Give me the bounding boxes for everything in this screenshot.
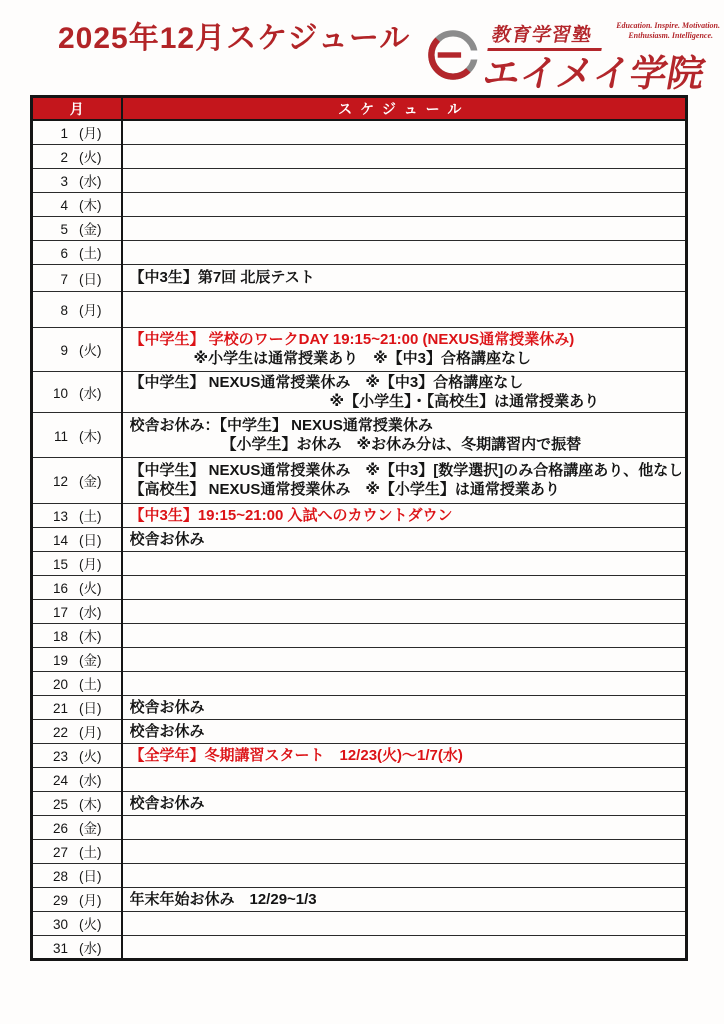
day-cell: 11(木) <box>32 412 122 457</box>
weekday-label: (火) <box>79 749 102 764</box>
schedule-cell <box>122 240 687 264</box>
day-cell: 3(水) <box>32 168 122 192</box>
table-row: 26(金) <box>32 815 687 839</box>
schedule-entry: 校舎お休み <box>130 698 682 717</box>
table-row: 10(水) 【中学生】 NEXUS通常授業休み ※【中3】合格講座なし※【小学生… <box>32 371 687 412</box>
table-row: 29(月) 年末年始お休み 12/29~1/3 <box>32 887 687 911</box>
day-number: 27 <box>48 845 68 860</box>
weekday-label: (水) <box>79 605 102 620</box>
day-number: 26 <box>48 821 68 836</box>
day-cell: 19(金) <box>32 647 122 671</box>
day-cell: 8(月) <box>32 291 122 327</box>
weekday-label: (月) <box>79 303 102 318</box>
day-cell: 24(水) <box>32 767 122 791</box>
schedule-entry: 【中学生】 学校のワークDAY 19:15~21:00 (NEXUS通常授業休み… <box>130 330 682 349</box>
schedule-cell: 年末年始お休み 12/29~1/3 <box>122 887 687 911</box>
table-row: 24(水) <box>32 767 687 791</box>
weekday-label: (日) <box>79 869 102 884</box>
day-number: 25 <box>48 797 68 812</box>
schedule-cell: 校舎お休み：【中学生】 NEXUS通常授業休み【小学生】お休み ※お休み分は、冬… <box>122 412 687 457</box>
eimei-circle-logo-icon <box>426 28 480 82</box>
schedule-cell <box>122 935 687 959</box>
schedule-cell <box>122 575 687 599</box>
weekday-label: (火) <box>79 343 102 358</box>
table-row: 19(金) <box>32 647 687 671</box>
schedule-entry: 校舎お休み：【中学生】 NEXUS通常授業休み <box>130 416 682 435</box>
day-cell: 27(土) <box>32 839 122 863</box>
day-cell: 2(火) <box>32 144 122 168</box>
schedule-entry: 【中学生】 NEXUS通常授業休み ※【中3】合格講座なし <box>130 373 682 392</box>
weekday-label: (水) <box>79 941 102 956</box>
weekday-label: (日) <box>79 701 102 716</box>
day-cell: 12(金) <box>32 457 122 503</box>
schedule-entry: 年末年始お休み 12/29~1/3 <box>130 890 682 909</box>
schedule-entry: 【中3生】19:15~21:00 入試へのカウントダウン <box>130 506 682 525</box>
table-row: 18(木) <box>32 623 687 647</box>
table-row: 20(土) <box>32 671 687 695</box>
schedule-entry: 校舎お休み <box>130 722 682 741</box>
day-number: 2 <box>48 150 68 165</box>
day-number: 16 <box>48 581 68 596</box>
table-row: 21(日) 校舎お休み <box>32 695 687 719</box>
day-cell: 14(日) <box>32 527 122 551</box>
day-cell: 25(木) <box>32 791 122 815</box>
day-cell: 5(金) <box>32 216 122 240</box>
weekday-label: (土) <box>79 509 102 524</box>
day-cell: 22(月) <box>32 719 122 743</box>
table-row: 22(月) 校舎お休み <box>32 719 687 743</box>
weekday-label: (日) <box>79 533 102 548</box>
day-cell: 9(火) <box>32 327 122 371</box>
table-row: 23(火) 【全学年】冬期講習スタート 12/23(火)～1/7(水) <box>32 743 687 767</box>
table-row: 27(土) <box>32 839 687 863</box>
schedule-cell: 【中学生】 学校のワークDAY 19:15~21:00 (NEXUS通常授業休み… <box>122 327 687 371</box>
day-number: 11 <box>48 429 68 444</box>
table-row: 30(火) <box>32 911 687 935</box>
day-cell: 13(土) <box>32 503 122 527</box>
weekday-label: (木) <box>79 198 102 213</box>
weekday-label: (日) <box>79 272 102 287</box>
schedule-entry: ※【小学生】・【高校生】は通常授業あり <box>130 392 682 411</box>
schedule-cell <box>122 623 687 647</box>
day-cell: 18(木) <box>32 623 122 647</box>
day-cell: 17(水) <box>32 599 122 623</box>
table-row: 2(火) <box>32 144 687 168</box>
table-row: 7(日) 【中3生】第7回 北辰テスト <box>32 264 687 291</box>
weekday-label: (水) <box>79 174 102 189</box>
table-row: 25(木) 校舎お休み <box>32 791 687 815</box>
day-cell: 10(水) <box>32 371 122 412</box>
schedule-cell <box>122 767 687 791</box>
day-cell: 26(金) <box>32 815 122 839</box>
day-cell: 15(月) <box>32 551 122 575</box>
day-cell: 30(火) <box>32 911 122 935</box>
table-row: 9(火) 【中学生】 学校のワークDAY 19:15~21:00 (NEXUS通… <box>32 327 687 371</box>
day-cell: 7(日) <box>32 264 122 291</box>
weekday-label: (金) <box>79 474 102 489</box>
weekday-label: (金) <box>79 222 102 237</box>
weekday-label: (土) <box>79 677 102 692</box>
day-number: 12 <box>48 474 68 489</box>
table-row: 17(水) <box>32 599 687 623</box>
schedule-page: 2025年12月スケジュール 教育学習塾 Education. Inspire.… <box>0 0 724 1024</box>
day-number: 19 <box>48 653 68 668</box>
schedule-cell: 校舎お休み <box>122 791 687 815</box>
schedule-cell <box>122 815 687 839</box>
day-cell: 16(火) <box>32 575 122 599</box>
schedule-cell <box>122 599 687 623</box>
weekday-label: (水) <box>79 773 102 788</box>
day-number: 17 <box>48 605 68 620</box>
schedule-column-header: スケジュール <box>122 97 687 121</box>
table-row: 4(木) <box>32 192 687 216</box>
table-row: 1(月) <box>32 120 687 144</box>
day-number: 13 <box>48 509 68 524</box>
day-cell: 23(火) <box>32 743 122 767</box>
day-number: 14 <box>48 533 68 548</box>
weekday-label: (木) <box>79 629 102 644</box>
schedule-table: 月 スケジュール 1(月) 2(火) 3(水) 4(木) 5(金) 6(土) 7… <box>30 95 688 961</box>
day-number: 20 <box>48 677 68 692</box>
schedule-cell <box>122 120 687 144</box>
schedule-entry: 校舎お休み <box>130 794 682 813</box>
logo-school-name: エイメイ学院 <box>479 43 709 97</box>
schedule-cell <box>122 216 687 240</box>
day-number: 29 <box>48 893 68 908</box>
weekday-label: (月) <box>79 126 102 141</box>
table-row: 31(水) <box>32 935 687 959</box>
day-number: 8 <box>48 303 68 318</box>
table-row: 8(月) <box>32 291 687 327</box>
schedule-cell <box>122 551 687 575</box>
schedule-entry: 【全学年】冬期講習スタート 12/23(火)～1/7(水) <box>130 746 682 765</box>
day-cell: 1(月) <box>32 120 122 144</box>
weekday-label: (木) <box>79 429 102 444</box>
day-number: 4 <box>48 198 68 213</box>
schedule-cell: 【中3生】19:15~21:00 入試へのカウントダウン <box>122 503 687 527</box>
schedule-cell <box>122 291 687 327</box>
table-row: 5(金) <box>32 216 687 240</box>
day-number: 23 <box>48 749 68 764</box>
logo-motto-line1: Education. Inspire. Motivation. <box>616 21 720 31</box>
day-number: 9 <box>48 343 68 358</box>
schedule-cell: 【中学生】 NEXUS通常授業休み ※【中3】[数学選択]のみ合格講座あり、他な… <box>122 457 687 503</box>
weekday-label: (水) <box>79 386 102 401</box>
day-cell: 28(日) <box>32 863 122 887</box>
day-number: 3 <box>48 174 68 189</box>
day-cell: 31(水) <box>32 935 122 959</box>
schedule-cell <box>122 168 687 192</box>
day-cell: 6(土) <box>32 240 122 264</box>
day-cell: 4(木) <box>32 192 122 216</box>
logo-motto: Education. Inspire. Motivation. Enthusia… <box>616 21 720 41</box>
page-title: 2025年12月スケジュール <box>58 22 440 56</box>
day-number: 5 <box>48 222 68 237</box>
weekday-label: (土) <box>79 845 102 860</box>
weekday-label: (金) <box>79 653 102 668</box>
day-column-header: 月 <box>32 97 122 121</box>
day-number: 15 <box>48 557 68 572</box>
weekday-label: (土) <box>79 246 102 261</box>
logo-motto-line2: Enthusiasm. Intelligence. <box>616 31 720 41</box>
schedule-cell: 校舎お休み <box>122 719 687 743</box>
schedule-entry: ※小学生は通常授業あり ※【中3】合格講座なし <box>130 349 682 368</box>
table-row: 14(日) 校舎お休み <box>32 527 687 551</box>
weekday-label: (金) <box>79 821 102 836</box>
weekday-label: (月) <box>79 893 102 908</box>
schedule-cell <box>122 839 687 863</box>
weekday-label: (火) <box>79 150 102 165</box>
schedule-entry: 【小学生】お休み ※お休み分は、冬期講習内で振替 <box>130 435 682 454</box>
weekday-label: (月) <box>79 557 102 572</box>
schedule-cell <box>122 911 687 935</box>
schedule-entry: 校舎お休み <box>130 530 682 549</box>
day-number: 7 <box>48 272 68 287</box>
schedule-cell <box>122 647 687 671</box>
table-row: 13(土) 【中3生】19:15~21:00 入試へのカウントダウン <box>32 503 687 527</box>
schedule-cell <box>122 863 687 887</box>
day-cell: 21(日) <box>32 695 122 719</box>
table-header-row: 月 スケジュール <box>32 97 687 121</box>
schedule-cell: 【全学年】冬期講習スタート 12/23(火)～1/7(水) <box>122 743 687 767</box>
table-row: 11(木) 校舎お休み：【中学生】 NEXUS通常授業休み【小学生】お休み ※お… <box>32 412 687 457</box>
weekday-label: (月) <box>79 725 102 740</box>
day-number: 24 <box>48 773 68 788</box>
table-row: 28(日) <box>32 863 687 887</box>
table-row: 3(水) <box>32 168 687 192</box>
day-number: 6 <box>48 246 68 261</box>
schedule-cell <box>122 192 687 216</box>
weekday-label: (木) <box>79 797 102 812</box>
schedule-cell <box>122 144 687 168</box>
day-number: 30 <box>48 917 68 932</box>
school-logo: 教育学習塾 Education. Inspire. Motivation. En… <box>424 16 720 94</box>
table-row: 6(土) <box>32 240 687 264</box>
weekday-label: (火) <box>79 581 102 596</box>
day-number: 21 <box>48 701 68 716</box>
table-row: 15(月) <box>32 551 687 575</box>
day-number: 18 <box>48 629 68 644</box>
schedule-cell: 【中3生】第7回 北辰テスト <box>122 264 687 291</box>
schedule-cell: 校舎お休み <box>122 695 687 719</box>
day-number: 1 <box>48 126 68 141</box>
table-row: 16(火) <box>32 575 687 599</box>
day-cell: 29(月) <box>32 887 122 911</box>
day-number: 28 <box>48 869 68 884</box>
schedule-cell <box>122 671 687 695</box>
schedule-entry: 【中学生】 NEXUS通常授業休み ※【中3】[数学選択]のみ合格講座あり、他な… <box>130 461 682 480</box>
day-number: 10 <box>48 386 68 401</box>
day-number: 22 <box>48 725 68 740</box>
schedule-entry: 【中3生】第7回 北辰テスト <box>130 268 682 287</box>
schedule-cell: 校舎お休み <box>122 527 687 551</box>
table-row: 12(金) 【中学生】 NEXUS通常授業休み ※【中3】[数学選択]のみ合格講… <box>32 457 687 503</box>
schedule-cell: 【中学生】 NEXUS通常授業休み ※【中3】合格講座なし※【小学生】・【高校生… <box>122 371 687 412</box>
day-number: 31 <box>48 941 68 956</box>
schedule-entry: 【高校生】 NEXUS通常授業休み ※【小学生】は通常授業あり <box>130 480 682 499</box>
weekday-label: (火) <box>79 917 102 932</box>
day-cell: 20(土) <box>32 671 122 695</box>
